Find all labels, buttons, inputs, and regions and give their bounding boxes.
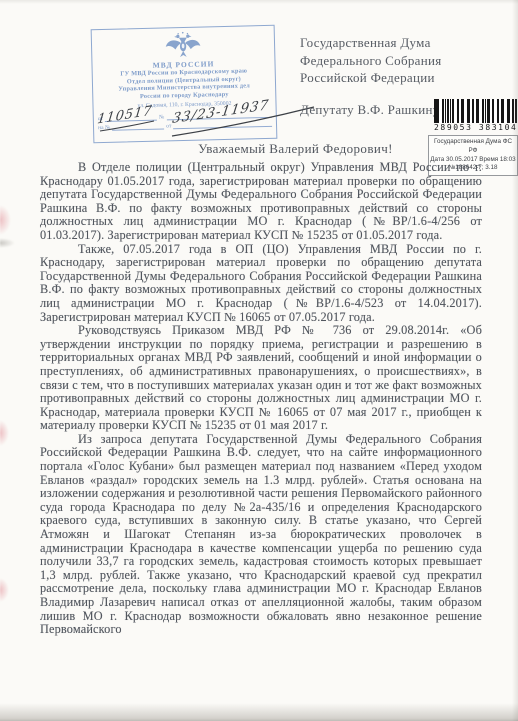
- duma-registration-mark: 289053 383104: [434, 99, 517, 132]
- scan-artifact: [0, 578, 9, 602]
- scanned-letter-page: МВД РОССИИ ГУ МВД России по Краснодарско…: [0, 0, 518, 721]
- scan-artifact: [0, 238, 15, 248]
- scan-artifact: [0, 420, 9, 446]
- scan-edge-shadow: [0, 703, 518, 721]
- recipient-line: Государственная Дума: [300, 34, 442, 52]
- barcode: [434, 99, 517, 123]
- paragraph-1: В Отделе полиции (Центральный округ) Упр…: [40, 161, 482, 243]
- recipient-addressee: Депутату В.Ф. Рашкину: [300, 101, 442, 119]
- paragraph-4: Из запроса депутата Государственной Думы…: [40, 433, 482, 637]
- paragraph-3: Руководствуясь Приказом МВД РФ № 736 от …: [40, 324, 482, 433]
- barcode-number: 289053 383104: [434, 123, 517, 132]
- recipient-line: Российской Федерации: [300, 69, 442, 87]
- recipient-block: Государственная Дума Федерального Собран…: [300, 34, 442, 118]
- scan-edge-shadow: [512, 0, 518, 721]
- mvd-eagle-emblem: [162, 31, 205, 60]
- scan-edge-shadow: [0, 0, 518, 4]
- recipient-line: Федерального Собрания: [300, 52, 442, 70]
- scan-artifact: [0, 205, 11, 235]
- salutation: Уважаемый Валерий Федорович!: [40, 141, 485, 157]
- paragraph-2: Также, 07.05.2017 года в ОП (ЦО) Управле…: [40, 243, 482, 325]
- handwriting-strokes: [92, 98, 322, 146]
- letter-body: В Отделе полиции (Центральный округ) Упр…: [40, 161, 482, 637]
